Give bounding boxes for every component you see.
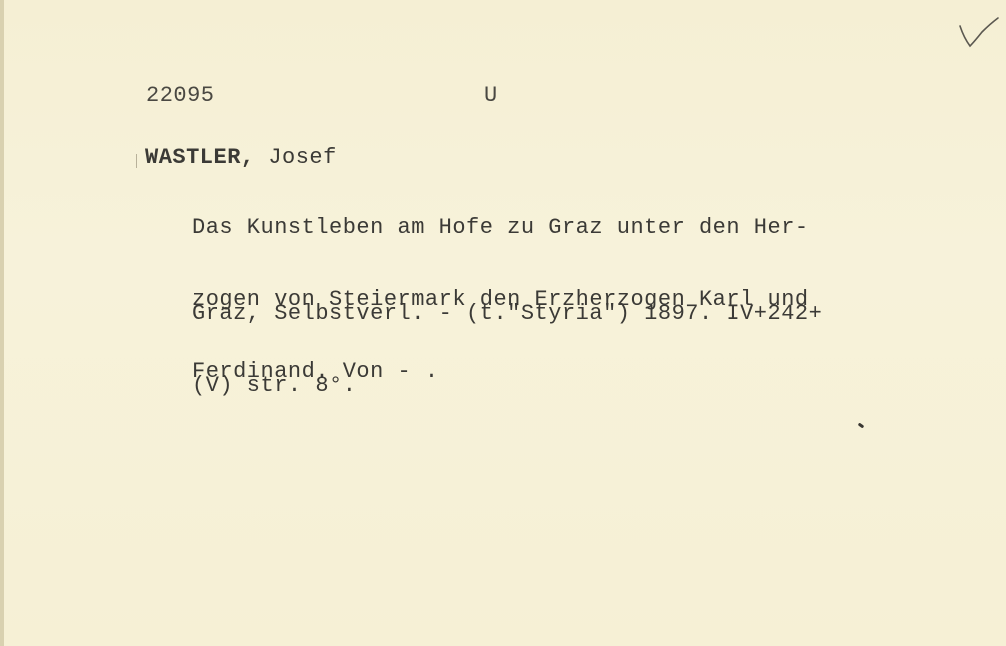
author-surname: WASTLER, <box>145 145 255 170</box>
imprint-line: (V) str. 8°. <box>192 374 822 398</box>
title-line: Das Kunstleben am Hofe zu Graz unter den… <box>192 216 809 240</box>
author-heading: WASTLER, Josef <box>145 146 337 170</box>
catalog-number: 22095 <box>146 84 215 108</box>
imprint-block: Graz, Selbstverl. - (t."Styria") 1897. I… <box>192 254 822 446</box>
margin-mark <box>136 154 137 168</box>
letter-code: U <box>484 84 498 108</box>
catalog-card: 22095 U WASTLER, Josef Das Kunstleben am… <box>0 0 1006 646</box>
author-given-name: Josef <box>268 145 337 170</box>
ink-speck <box>858 423 865 429</box>
imprint-line: Graz, Selbstverl. - (t."Styria") 1897. I… <box>192 302 822 326</box>
checkmark-icon <box>956 16 1000 50</box>
